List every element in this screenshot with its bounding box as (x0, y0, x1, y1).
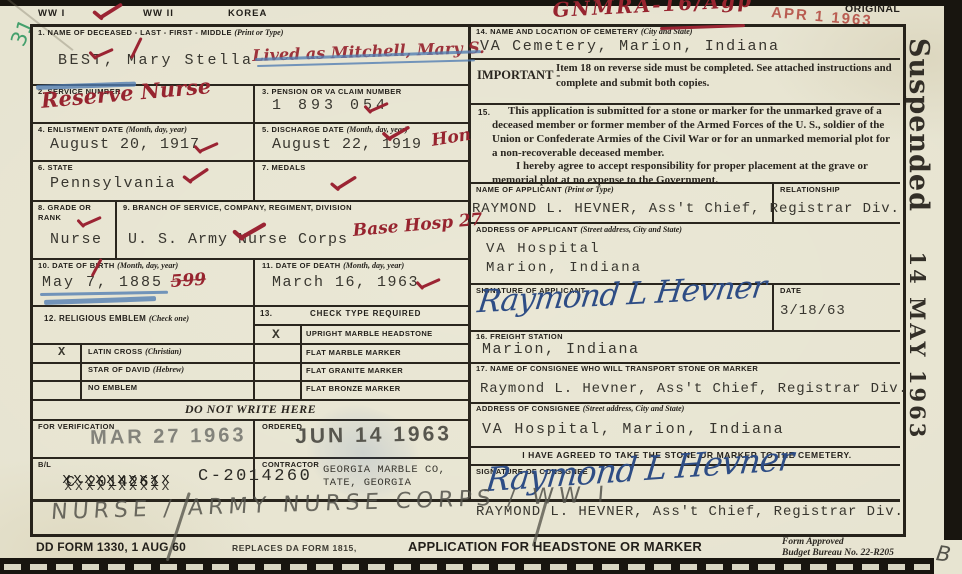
consignee-address-value: VA Hospital, Marion, Indiana (482, 421, 784, 438)
contractor-line1: GEORGIA MARBLE CO, (323, 464, 445, 476)
date-label: DATE (780, 286, 801, 295)
type-check-upright: X (272, 327, 280, 342)
grid-line (253, 305, 255, 399)
grid-line (253, 84, 255, 200)
birth-date-value: May 7, 1885 (42, 274, 163, 291)
grid-line (33, 380, 253, 382)
grade-value: Nurse (50, 231, 103, 248)
emblem-check-latin-cross: X (58, 345, 65, 359)
type-option-flat-bronze: FLAT BRONZE MARKER (306, 384, 401, 393)
applicant-name-label: NAME OF APPLICANT (Print or Type) (476, 185, 614, 194)
red-checkmark (415, 274, 439, 290)
bl-overstrike: xxxxxxxxxx (64, 479, 172, 495)
contractor-line2: TATE, GEORGIA (323, 477, 411, 489)
applicant-address-label: ADDRESS OF APPLICANT (Street address, Ci… (476, 225, 682, 234)
type-option-flat-marble: FLAT MARBLE MARKER (306, 348, 401, 357)
do-not-write-banner: DO NOT WRITE HERE (33, 402, 468, 417)
grid-line (253, 343, 468, 345)
freight-station-value: Marion, Indiana (482, 341, 640, 358)
relationship-label: RELATIONSHIP (780, 185, 840, 194)
grid-line (253, 324, 468, 326)
scan-edge-right (944, 0, 962, 540)
field-13-title: CHECK TYPE REQUIRED (310, 309, 421, 318)
scanned-form-page: WW I WW II KOREA GNMRA-16/Agp APR 1 1963… (0, 0, 962, 574)
form-id: DD FORM 1330, 1 AUG 60 (36, 540, 186, 554)
red-checkmark (193, 138, 217, 154)
type-option-flat-granite: FLAT GRANITE MARKER (306, 366, 403, 375)
grid-line (33, 343, 253, 345)
emblem-option-no-emblem: NO EMBLEM (88, 383, 137, 392)
applicant-address-line2: Marion, Indiana (486, 260, 642, 276)
field-9-label: 9. BRANCH OF SERVICE, COMPANY, REGIMENT,… (123, 203, 352, 212)
emblem-option-star-of-david: STAR OF DAVID (Hebrew) (88, 365, 184, 374)
emblem-option-latin-cross: LATIN CROSS (Christian) (88, 347, 182, 356)
grid-line (253, 419, 255, 499)
field-11-label: 11. DATE OF DEATH (Month, day, year) (262, 261, 404, 270)
red-checkmark (328, 171, 357, 192)
perforation-dashes (4, 564, 930, 570)
scan-edge-top (0, 0, 962, 6)
grid-line (115, 200, 117, 258)
date-value: 3/18/63 (780, 303, 846, 319)
applicant-name-value: RAYMOND L. HEVNER, Ass't Chief, Registra… (472, 201, 900, 217)
grid-line (471, 222, 900, 224)
grid-line (33, 362, 253, 364)
field-15-para1: This application is submitted for a ston… (492, 105, 894, 160)
red-checkmark-ww1 (90, 0, 122, 22)
grid-line (33, 305, 468, 307)
replaces-note: REPLACES DA FORM 1815, (232, 543, 357, 553)
form-title: APPLICATION FOR HEADSTONE OR MARKER (408, 539, 702, 554)
consignee-address-label: ADDRESS OF CONSIGNEE (Street address, Ci… (476, 404, 684, 413)
red-checkmark (363, 98, 387, 114)
applicant-address-line1: VA Hospital (486, 241, 600, 257)
form-approved-line2: Budget Bureau No. 22-R205 (782, 548, 894, 558)
field-17-label: 17. NAME OF CONSIGNEE WHO WILL TRANSPORT… (476, 364, 758, 373)
grid-line (300, 324, 302, 399)
grid-line (253, 258, 255, 305)
grid-line (772, 283, 774, 330)
field-4-label: 4. ENLISTMENT DATE (Month, day, year) (38, 125, 187, 134)
field-12-label: 12. RELIGIOUS EMBLEM (Check one) (44, 314, 189, 323)
field-15-para2: I hereby agree to accept responsibility … (492, 160, 894, 188)
grid-line (468, 27, 471, 499)
pencil-letter-b: B (935, 541, 953, 567)
field-6-label: 6. STATE (38, 163, 73, 172)
original-label: ORIGINAL (845, 3, 900, 15)
enlistment-date-value: August 20, 1917 (50, 136, 200, 153)
grid-line (33, 399, 468, 401)
red-checkmark (76, 212, 100, 228)
death-date-value: March 16, 1963 (272, 274, 419, 291)
grid-line (471, 58, 900, 60)
field-1-label: 1. NAME OF DECEASED - LAST - FIRST - MID… (38, 28, 283, 37)
verification-date-stamp: MAR 27 1963 (90, 424, 247, 450)
field-13-number: 13. (260, 309, 272, 318)
consignee-name-value: Raymond L. Hevner, Ass't Chief, Registra… (480, 381, 908, 397)
red-filing-annotation: GNMRA-16/Agp (552, 0, 754, 22)
state-value: Pennsylvania (50, 175, 176, 192)
red-checkmark (88, 44, 112, 60)
grid-line (33, 200, 468, 202)
ordered-date-stamp: JUN 14 1963 (295, 422, 452, 449)
grid-line (80, 343, 82, 399)
grid-line (253, 362, 468, 364)
bl-value: C-2014260 (198, 467, 312, 486)
important-label: IMPORTANT - (477, 68, 560, 83)
important-text: Item 18 on reverse side must be complete… (556, 61, 898, 91)
contractor-label: CONTRACTOR (262, 460, 319, 469)
war-label-korea: KOREA (228, 8, 267, 19)
red-checkmark (380, 121, 409, 142)
field-16-label: 16. FREIGHT STATION (476, 332, 563, 341)
field-15-number: 15. (478, 108, 490, 117)
bl-label: B/L (38, 460, 51, 469)
cemetery-value: VA Cemetery, Marion, Indiana (480, 38, 780, 55)
war-label-ww2: WW II (143, 8, 174, 19)
type-option-upright: UPRIGHT MARBLE HEADSTONE (306, 329, 433, 338)
red-checkmark (230, 216, 266, 242)
grid-line (33, 160, 468, 162)
field-3-label: 3. PENSION OR VA CLAIM NUMBER (262, 87, 402, 96)
grid-line (253, 380, 468, 382)
birth-crossed-annotation: 599 (170, 270, 207, 292)
field-10-label: 10. DATE OF BIRTH (Month, day, year) (38, 261, 178, 270)
form-approved-line1: Form Approved (782, 537, 844, 547)
war-label-ww1: WW I (38, 8, 65, 19)
field-7-label: 7. MEDALS (262, 163, 306, 172)
suspended-stamp: Suspended 14 MAY 1963 (904, 38, 934, 508)
